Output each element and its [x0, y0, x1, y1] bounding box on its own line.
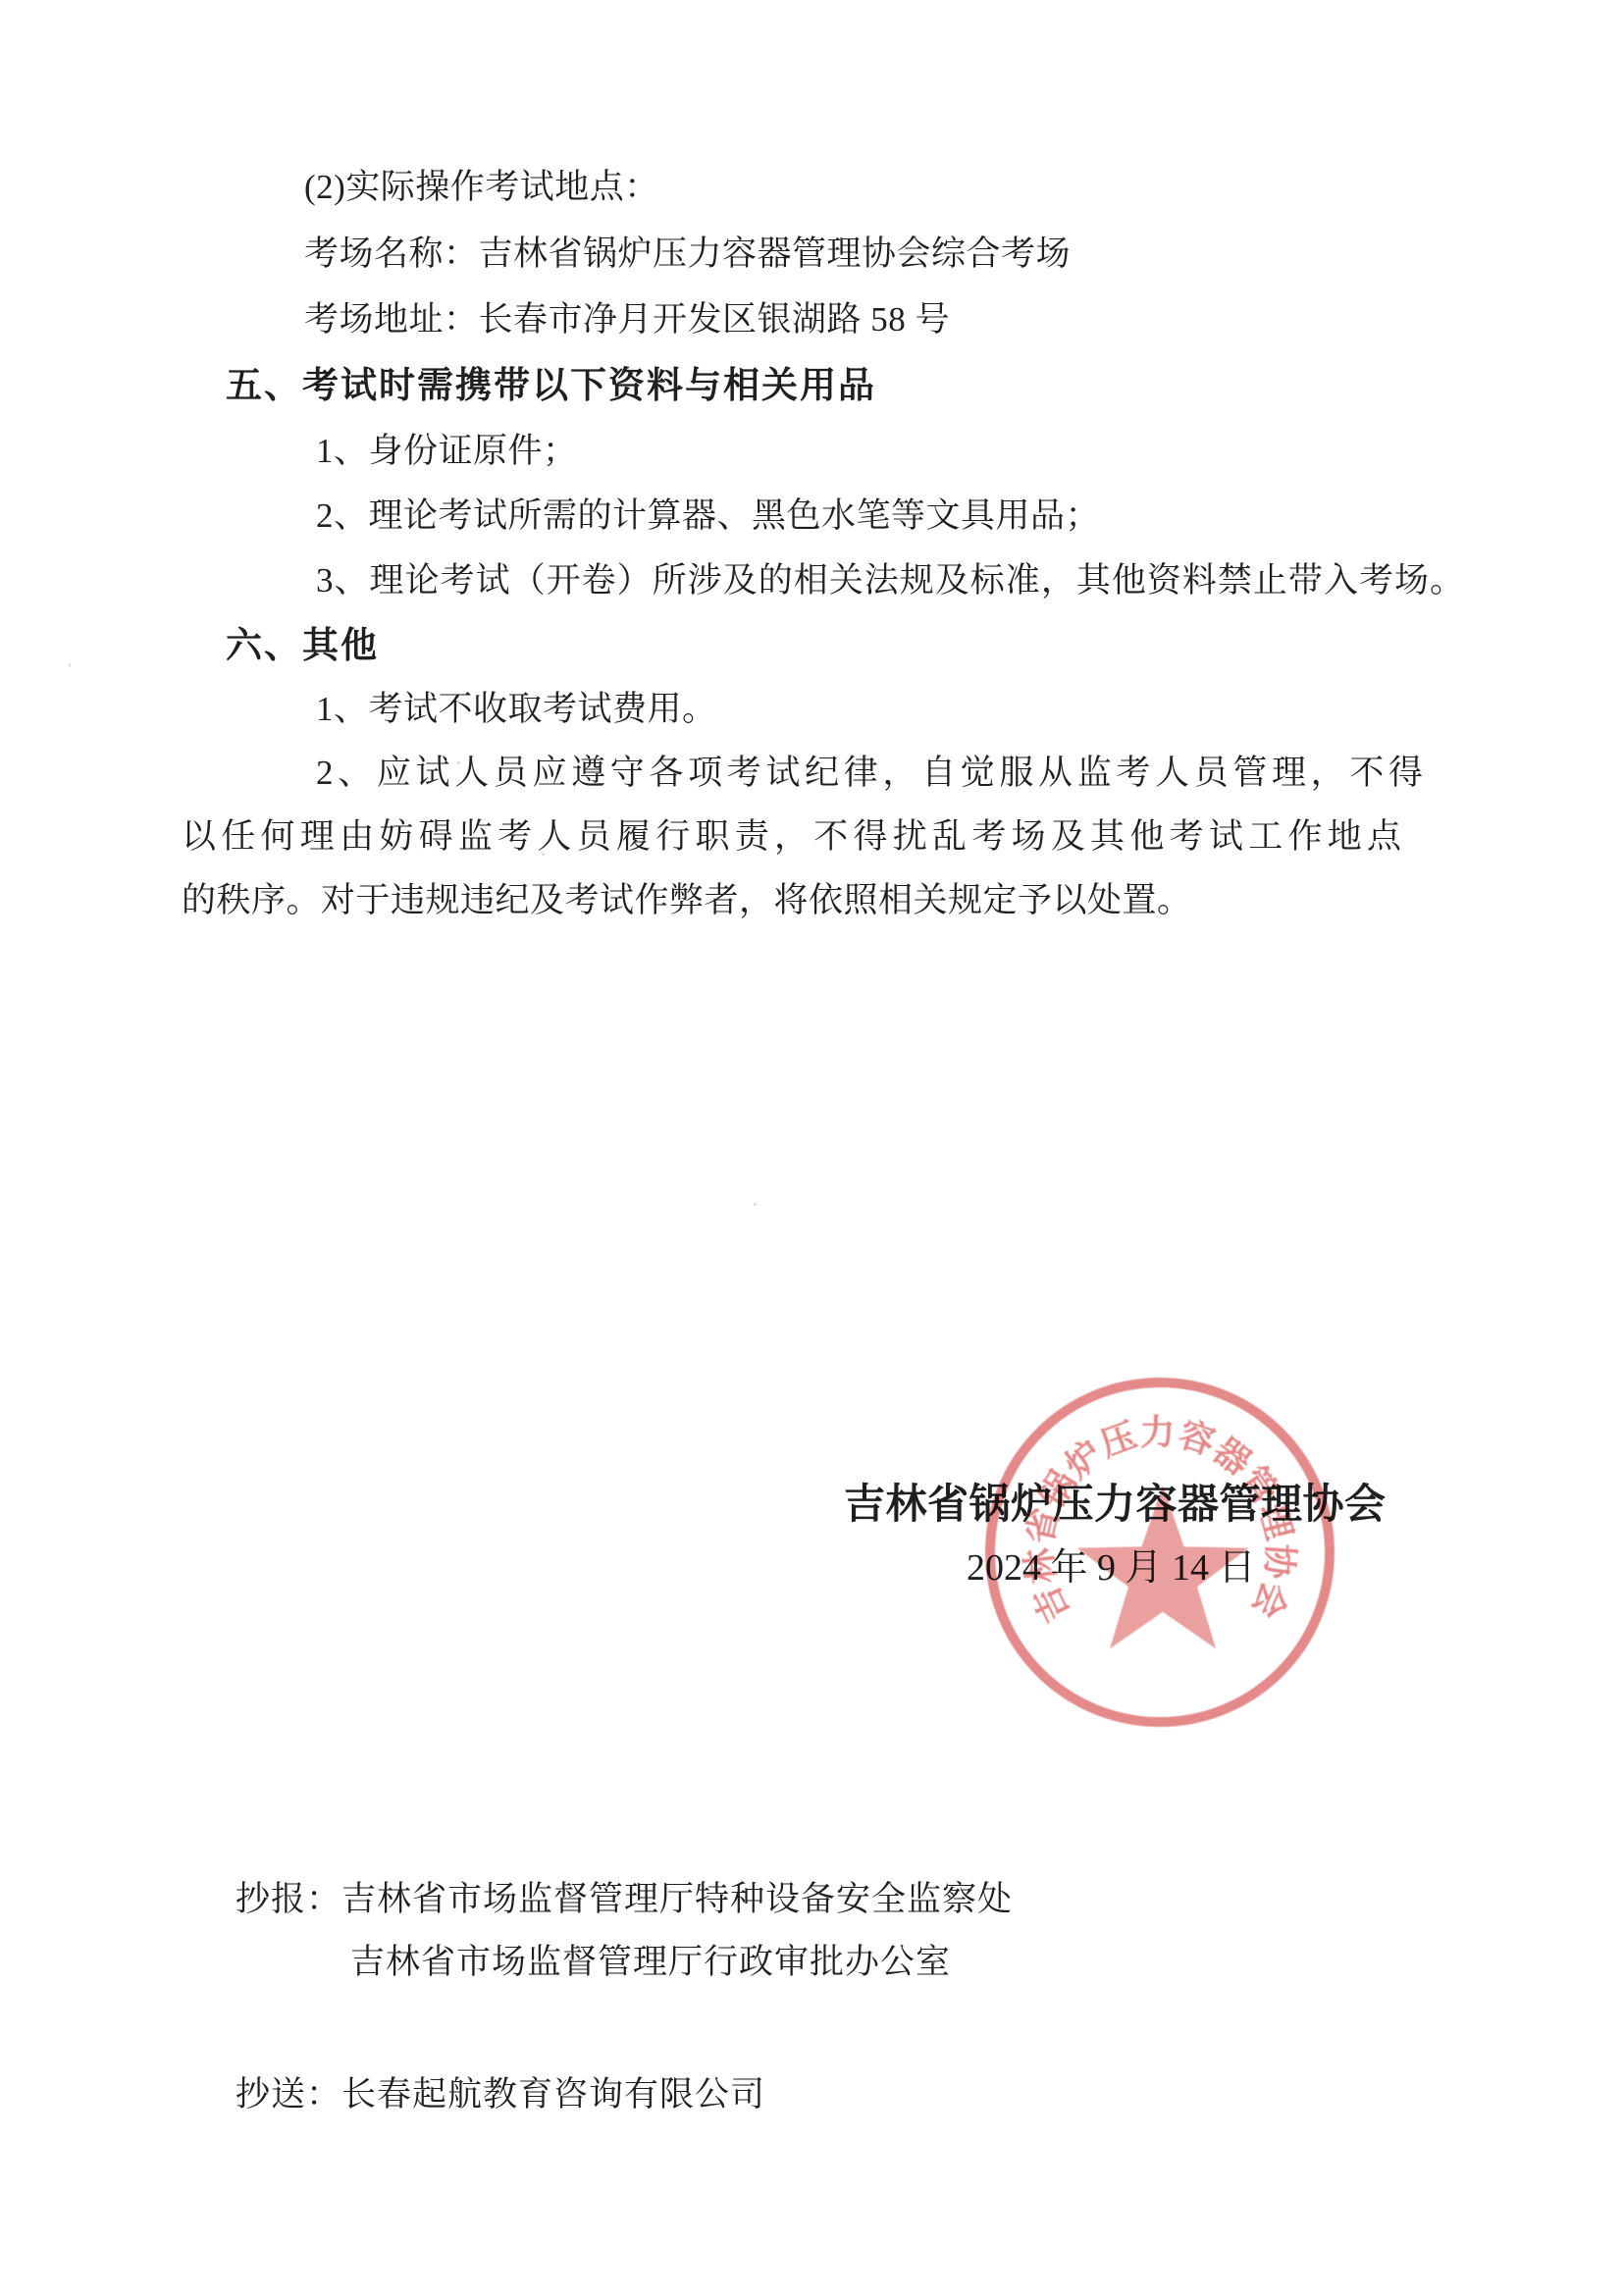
line-practical-exam-location: (2)实际操作考试地点： [304, 167, 659, 208]
line-discipline-2: 以任何理由妨碍监考人员履行职责，不得扰乱考场及其他考试工作地点 [182, 816, 1401, 858]
line-venue-address: 考场地址：长春市净月开发区银湖路 58 号 [304, 299, 950, 340]
line-no-fee: 1、考试不收取考试费用。 [316, 689, 717, 730]
scan-speck [69, 663, 71, 667]
scan-speck [457, 761, 460, 764]
heading-section-5: 五、考试时需携带以下资料与相关用品 [226, 364, 876, 407]
line-item-open-book: 3、理论考试（开卷）所涉及的相关法规及标准，其他资料禁止带入考场。 [316, 560, 1464, 601]
line-discipline-3: 的秩序。对于违规违纪及考试作弊者，将依照相关规定予以处置。 [182, 880, 1192, 921]
cc-send-line: 抄送：长春起航教育咨询有限公司 [236, 2067, 765, 2116]
cc-report-line-2: 吉林省市场监督管理厅行政审批办公室 [350, 1935, 951, 1984]
line-item-id-card: 1、身份证原件； [316, 431, 578, 472]
official-seal: 吉林省锅炉压力容器管理协会 [954, 1346, 1366, 1758]
document-page: (2)实际操作考试地点： 考场名称：吉林省锅炉压力容器管理协会综合考场 考场地址… [0, 0, 1623, 2296]
red-star-icon [1077, 1486, 1249, 1648]
line-venue-name: 考场名称：吉林省锅炉压力容器管理协会综合考场 [304, 234, 1071, 275]
cc-report-line-1: 抄报：吉林省市场监督管理厅特种设备安全监察处 [236, 1872, 1013, 1921]
line-discipline-1: 2、应试人员应遵守各项考试纪律，自觉服从监考人员管理，不得 [316, 753, 1423, 794]
scan-speck [754, 1203, 757, 1206]
scan-speck [542, 853, 545, 856]
heading-section-6: 六、其他 [226, 624, 379, 667]
line-item-calculator: 2、理论考试所需的计算器、黑色水笔等文具用品； [316, 496, 1100, 537]
